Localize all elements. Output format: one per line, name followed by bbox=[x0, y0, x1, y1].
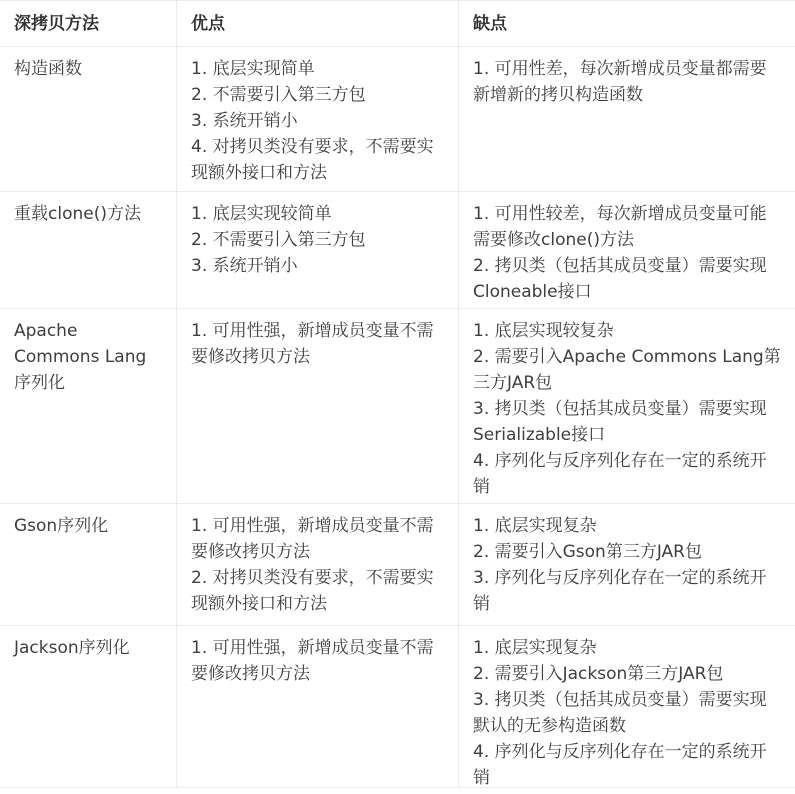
list-item: 2. 不需要引入第三方包 bbox=[191, 82, 444, 108]
cons-cell: 1. 可用性差，每次新增成员变量都需要新增新的拷贝构造函数 bbox=[458, 47, 795, 191]
list-item: 3. 系统开销小 bbox=[191, 108, 444, 134]
method-name: 重载clone()方法 bbox=[14, 201, 162, 227]
table-row: Apache Commons Lang序列化 1. 可用性强，新增成员变量不需要… bbox=[0, 309, 795, 504]
header-cons: 缺点 bbox=[458, 1, 795, 46]
list-item: 3. 拷贝类（包括其成员变量）需要实现默认的无参构造函数 bbox=[473, 687, 781, 739]
list-item: 4. 对拷贝类没有要求，不需要实现额外接口和方法 bbox=[191, 134, 444, 186]
table-row: Jackson序列化 1. 可用性强，新增成员变量不需要修改拷贝方法 1. 底层… bbox=[0, 626, 795, 788]
list-item: 4. 序列化与反序列化存在一定的系统开销 bbox=[473, 739, 781, 787]
list-item: 1. 可用性强，新增成员变量不需要修改拷贝方法 bbox=[191, 635, 444, 687]
header-method: 深拷贝方法 bbox=[0, 1, 176, 46]
method-cell: 重载clone()方法 bbox=[0, 192, 176, 308]
cons-cell: 1. 可用性较差，每次新增成员变量可能需要修改clone()方法2. 拷贝类（包… bbox=[458, 192, 795, 308]
method-name: 构造函数 bbox=[14, 56, 162, 82]
method-cell: Jackson序列化 bbox=[0, 626, 176, 787]
method-cell: 构造函数 bbox=[0, 47, 176, 191]
list-item: 1. 底层实现简单 bbox=[191, 56, 444, 82]
method-name: Apache Commons Lang序列化 bbox=[14, 318, 162, 396]
pros-cell: 1. 底层实现简单2. 不需要引入第三方包3. 系统开销小4. 对拷贝类没有要求… bbox=[176, 47, 458, 191]
method-name: Gson序列化 bbox=[14, 513, 162, 539]
list-item: 2. 对拷贝类没有要求，不需要实现额外接口和方法 bbox=[191, 565, 444, 617]
list-item: 2. 需要引入Jackson第三方JAR包 bbox=[473, 661, 781, 687]
list-item: 2. 需要引入Gson第三方JAR包 bbox=[473, 539, 781, 565]
pros-cell: 1. 可用性强，新增成员变量不需要修改拷贝方法 bbox=[176, 309, 458, 503]
cons-cell: 1. 底层实现较复杂2. 需要引入Apache Commons Lang第三方J… bbox=[458, 309, 795, 503]
pros-cell: 1. 可用性强，新增成员变量不需要修改拷贝方法 bbox=[176, 626, 458, 787]
header-pros: 优点 bbox=[176, 1, 458, 46]
deep-copy-comparison-table: 深拷贝方法 优点 缺点 构造函数 1. 底层实现简单2. 不需要引入第三方包3.… bbox=[0, 0, 795, 788]
table-row: 重载clone()方法 1. 底层实现较简单2. 不需要引入第三方包3. 系统开… bbox=[0, 192, 795, 309]
table-row: Gson序列化 1. 可用性强，新增成员变量不需要修改拷贝方法2. 对拷贝类没有… bbox=[0, 504, 795, 626]
method-cell: Apache Commons Lang序列化 bbox=[0, 309, 176, 503]
table-row: 构造函数 1. 底层实现简单2. 不需要引入第三方包3. 系统开销小4. 对拷贝… bbox=[0, 47, 795, 192]
cons-cell: 1. 底层实现复杂2. 需要引入Jackson第三方JAR包3. 拷贝类（包括其… bbox=[458, 626, 795, 787]
list-item: 1. 底层实现较简单 bbox=[191, 201, 444, 227]
list-item: 1. 可用性强，新增成员变量不需要修改拷贝方法 bbox=[191, 318, 444, 370]
list-item: 1. 底层实现较复杂 bbox=[473, 318, 781, 344]
list-item: 3. 系统开销小 bbox=[191, 253, 444, 279]
method-name: Jackson序列化 bbox=[14, 635, 162, 661]
list-item: 3. 序列化与反序列化存在一定的系统开销 bbox=[473, 565, 781, 617]
list-item: 1. 可用性差，每次新增成员变量都需要新增新的拷贝构造函数 bbox=[473, 56, 781, 108]
list-item: 2. 不需要引入第三方包 bbox=[191, 227, 444, 253]
list-item: 2. 需要引入Apache Commons Lang第三方JAR包 bbox=[473, 344, 781, 396]
list-item: 1. 底层实现复杂 bbox=[473, 635, 781, 661]
list-item: 3. 拷贝类（包括其成员变量）需要实现Serializable接口 bbox=[473, 396, 781, 448]
list-item: 1. 可用性强，新增成员变量不需要修改拷贝方法 bbox=[191, 513, 444, 565]
list-item: 2. 拷贝类（包括其成员变量）需要实现Cloneable接口 bbox=[473, 253, 781, 305]
cons-cell: 1. 底层实现复杂2. 需要引入Gson第三方JAR包3. 序列化与反序列化存在… bbox=[458, 504, 795, 625]
pros-cell: 1. 底层实现较简单2. 不需要引入第三方包3. 系统开销小 bbox=[176, 192, 458, 308]
list-item: 1. 底层实现复杂 bbox=[473, 513, 781, 539]
pros-cell: 1. 可用性强，新增成员变量不需要修改拷贝方法2. 对拷贝类没有要求，不需要实现… bbox=[176, 504, 458, 625]
table-header-row: 深拷贝方法 优点 缺点 bbox=[0, 1, 795, 47]
list-item: 4. 序列化与反序列化存在一定的系统开销 bbox=[473, 448, 781, 500]
method-cell: Gson序列化 bbox=[0, 504, 176, 625]
list-item: 1. 可用性较差，每次新增成员变量可能需要修改clone()方法 bbox=[473, 201, 781, 253]
